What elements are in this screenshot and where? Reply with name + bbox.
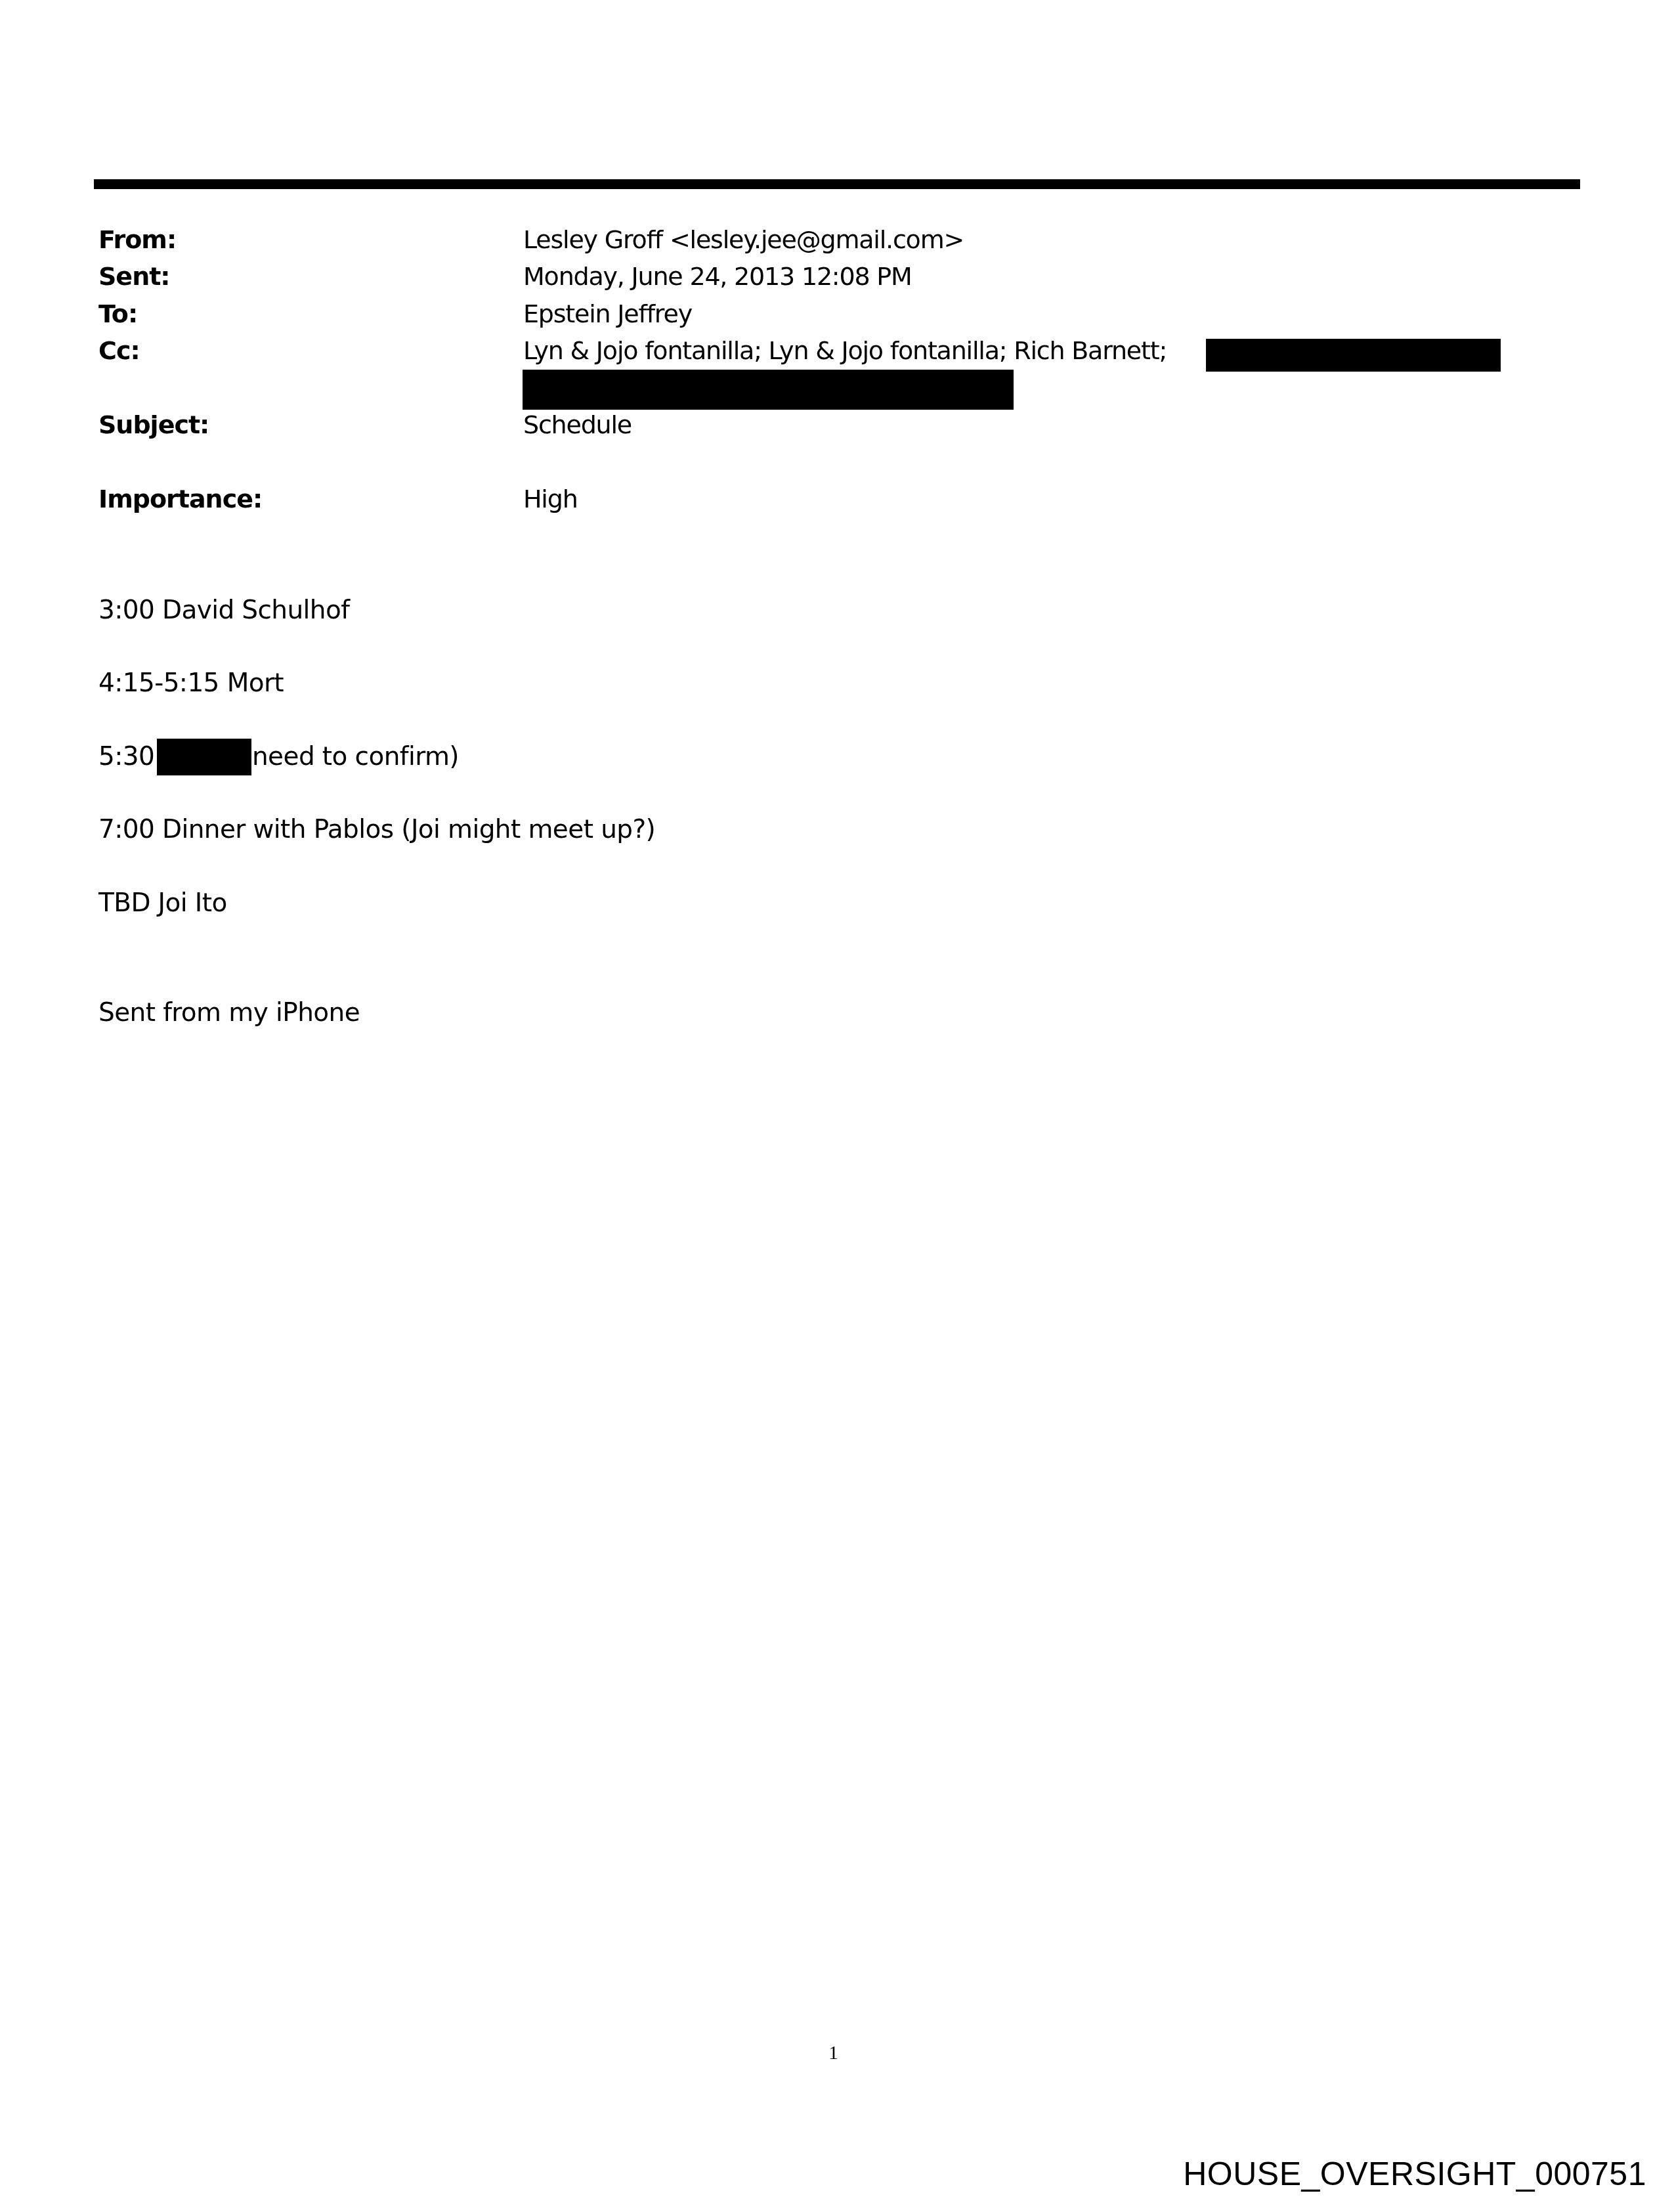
body-line-4: 7:00 Dinner with Pablos (Joi might meet …	[98, 817, 655, 842]
body-line-1: 3:00 David Schulhof	[98, 597, 349, 623]
signature: Sent from my iPhone	[98, 1000, 360, 1026]
body-redaction	[157, 739, 251, 775]
from-value: Lesley Groff <lesley.jee@gmail.com>	[523, 227, 964, 252]
to-value: Epstein Jeffrey	[523, 301, 692, 326]
page-number: 1	[828, 2042, 838, 2064]
sent-label: Sent:	[98, 264, 170, 289]
body-line-2: 4:15-5:15 Mort	[98, 670, 284, 696]
body-line-3: 5:30	[98, 744, 154, 770]
body-line-3-continued: need to confirm)	[252, 744, 459, 770]
subject-value: Schedule	[523, 412, 632, 437]
cc-label: Cc:	[98, 338, 140, 363]
from-label: From:	[98, 227, 176, 252]
bates-number: HOUSE_OVERSIGHT_000751	[1183, 2155, 1646, 2193]
subject-label: Subject:	[98, 412, 209, 437]
sent-value: Monday, June 24, 2013 12:08 PM	[523, 264, 912, 289]
body-line-5: TBD Joi Ito	[98, 890, 227, 916]
cc-value: Lyn & Jojo fontanilla; Lyn & Jojo fontan…	[523, 338, 1167, 363]
importance-value: High	[523, 487, 578, 511]
importance-label: Importance:	[98, 487, 262, 511]
header-rule	[94, 179, 1580, 189]
cc-redaction-1	[1206, 339, 1501, 372]
cc-redaction-2	[523, 370, 1014, 410]
to-label: To:	[98, 301, 137, 326]
